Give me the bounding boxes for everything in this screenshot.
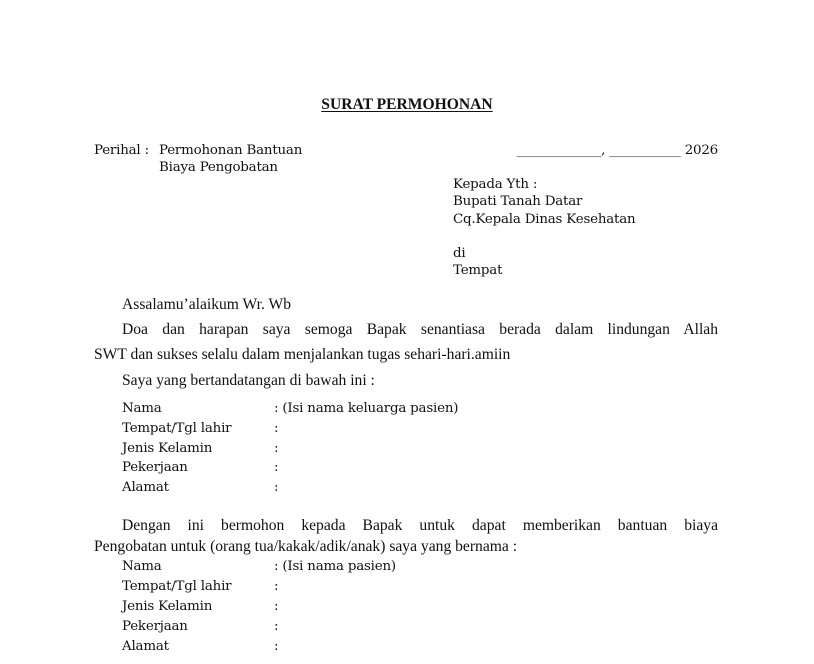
field-value: : — [274, 578, 278, 595]
field-label: Alamat — [122, 479, 169, 496]
field-label: Alamat — [122, 638, 169, 655]
date-place-blank: _____________ — [517, 143, 601, 158]
field-label: Pekerjaan — [122, 618, 188, 635]
paragraph-intro: Saya yang bertandatangan di bawah ini : — [122, 372, 375, 390]
field-value: : (Isi nama keluarga pasien) — [274, 400, 458, 417]
field-value: : — [274, 459, 278, 476]
date-separator: , — [601, 143, 605, 158]
field-label: Tempat/Tgl lahir — [122, 578, 231, 595]
field-label: Tempat/Tgl lahir — [122, 420, 231, 437]
perihal-label: Perihal : — [94, 142, 149, 159]
field-value: : — [274, 618, 278, 635]
field-label: Jenis Kelamin — [122, 598, 212, 615]
paragraph-request-line-1: Dengan ini bermohon kepada Bapak untuk d… — [122, 517, 718, 535]
paragraph-request-line-2: Pengobatan untuk (orang tua/kakak/adik/a… — [94, 538, 517, 556]
field-value: : (Isi nama pasien) — [274, 558, 396, 575]
date-day-month-blank: ___________ — [609, 143, 680, 158]
date-year: 2026 — [685, 143, 718, 158]
paragraph-doa-line-2: SWT dan sukses selalu dalam menjalankan … — [94, 346, 510, 364]
field-label: Jenis Kelamin — [122, 440, 212, 457]
field-label: Pekerjaan — [122, 459, 188, 476]
greeting: Assalamu’alaikum Wr. Wb — [122, 296, 291, 314]
field-value: : — [274, 638, 278, 655]
field-value: : — [274, 479, 278, 496]
document-title: SURAT PERMOHONAN — [0, 96, 814, 114]
perihal-line-2: Biaya Pengobatan — [159, 159, 278, 176]
date-line: _____________, ___________ 2026 — [476, 142, 718, 159]
paragraph-doa-line-1: Doa dan harapan saya semoga Bapak senant… — [122, 321, 718, 339]
document-page: SURAT PERMOHONAN Perihal : Permohonan Ba… — [0, 0, 814, 664]
recipient-tempat: Tempat — [453, 262, 502, 279]
field-value: : — [274, 440, 278, 457]
recipient-kepada: Kepada Yth : — [453, 176, 537, 193]
recipient-cq: Cq.Kepala Dinas Kesehatan — [453, 211, 635, 228]
field-label: Nama — [122, 558, 162, 575]
field-label: Nama — [122, 400, 162, 417]
field-value: : — [274, 420, 278, 437]
field-value: : — [274, 598, 278, 615]
perihal-line-1: Permohonan Bantuan — [159, 142, 302, 159]
recipient-di: di — [453, 245, 465, 262]
recipient-bupati: Bupati Tanah Datar — [453, 193, 582, 210]
